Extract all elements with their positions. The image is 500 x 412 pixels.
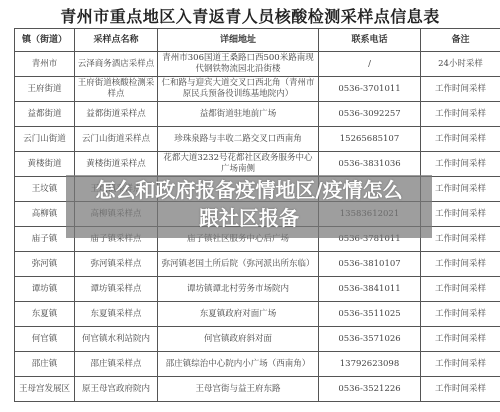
cell-site: 何官镇水利站院内 (75, 327, 158, 352)
cell-note: 工作时间采样 (421, 302, 500, 327)
cell-note: 工作时间采样 (421, 102, 500, 127)
cell-town: 邵庄镇 (15, 352, 75, 377)
header-town: 镇（街道） (15, 29, 75, 52)
cell-town: 青州市 (15, 52, 75, 77)
cell-phone: 0536-3701011 (319, 77, 421, 102)
cell-note: 工作时间采样 (421, 202, 500, 227)
cell-phone: 0536-3521226 (319, 377, 421, 402)
cell-site: 东夏镇采样点 (75, 302, 158, 327)
cell-site: 弥河镇采样点 (75, 252, 158, 277)
cell-site: 云门山街道采样点 (75, 127, 158, 152)
table-row: 何官镇何官镇水利站院内何官镇政府斜对面0536-3571026工作时间采样 (15, 327, 500, 352)
cell-note: 工作时间采样 (421, 152, 500, 177)
caption-line-1: 怎么和政府报备疫情地区/疫情怎么 (66, 176, 432, 204)
cell-address: 益都街道驻地前广场 (158, 102, 319, 127)
caption-line-2: 跟社区报备 (66, 204, 432, 232)
cell-address: 王母宫街与益王府东路 (158, 377, 319, 402)
cell-note: 24小时采样 (421, 52, 500, 77)
cell-address: 珍珠泉路与丰收二路交叉口西南角 (158, 127, 319, 152)
table-header-row: 镇（街道） 采样点名称 详细地址 联系电话 备注 (15, 29, 500, 52)
cell-phone: 0536-3831036 (319, 152, 421, 177)
table-row: 邵庄镇邵庄镇采样点邵庄镇综治中心院内小广场（西南角）13792623098工作时… (15, 352, 500, 377)
cell-site: 王府街道核酸检测采样点 (75, 77, 158, 102)
cell-town: 黄楼街道 (15, 152, 75, 177)
cell-site: 黄楼街道采样点 (75, 152, 158, 177)
cell-note: 工作时间采样 (421, 77, 500, 102)
cell-address: 仁和路与迎宾大道交叉口西北角（青州市原民兵预备役训练基地院内） (158, 77, 319, 102)
cell-phone: / (319, 52, 421, 77)
cell-address: 青州市306国道王桑路口西500米路南现代钢铁物流园北沿街楼 (158, 52, 319, 77)
cell-town: 弥河镇 (15, 252, 75, 277)
cell-phone: 0536-3841011 (319, 277, 421, 302)
table-row: 黄楼街道黄楼街道采样点花都大道3232号花都社区政务服务中心广场南侧0536-3… (15, 152, 500, 177)
document-title: 青州市重点地区入青返青人员核酸检测采样点信息表 (0, 4, 500, 27)
table-row: 王母宫发展区原王母宫政府院内王母宫街与益王府东路0536-3521226工作时间… (15, 377, 500, 402)
cell-site: 益都街道采样点 (75, 102, 158, 127)
cell-phone: 0536-3092257 (319, 102, 421, 127)
header-site: 采样点名称 (75, 29, 158, 52)
header-address: 详细地址 (158, 29, 319, 52)
cell-phone: 13792623098 (319, 352, 421, 377)
table-row: 王府街道王府街道核酸检测采样点仁和路与迎宾大道交叉口西北角（青州市原民兵预备役训… (15, 77, 500, 102)
table-row: 谭坊镇谭坊镇采样点谭坊镇谭北村劳务市场院内0536-3841011工作时间采样 (15, 277, 500, 302)
table-row: 云门山街道云门山街道采样点珍珠泉路与丰收二路交叉口西南角15265685107工… (15, 127, 500, 152)
cell-town: 云门山街道 (15, 127, 75, 152)
cell-phone: 0536-3810107 (319, 252, 421, 277)
cell-address: 谭坊镇谭北村劳务市场院内 (158, 277, 319, 302)
cell-site: 谭坊镇采样点 (75, 277, 158, 302)
cell-town: 王母宫发展区 (15, 377, 75, 402)
cell-town: 益都街道 (15, 102, 75, 127)
cell-site: 原王母宫政府院内 (75, 377, 158, 402)
cell-address: 花都大道3232号花都社区政务服务中心广场南侧 (158, 152, 319, 177)
table-row: 弥河镇弥河镇采样点弥河镇老国土所后院（弥河派出所东临）0536-3810107工… (15, 252, 500, 277)
cell-note: 工作时间采样 (421, 352, 500, 377)
cell-phone: 15265685107 (319, 127, 421, 152)
table-row: 东夏镇东夏镇采样点东夏镇政府对面广场0536-3511025工作时间采样 (15, 302, 500, 327)
cell-site: 云泽商务酒店采样点 (75, 52, 158, 77)
header-phone: 联系电话 (319, 29, 421, 52)
cell-note: 工作时间采样 (421, 377, 500, 402)
cell-address: 何官镇政府斜对面 (158, 327, 319, 352)
cell-note: 工作时间采样 (421, 177, 500, 202)
cell-address: 东夏镇政府对面广场 (158, 302, 319, 327)
cell-phone: 0536-3511025 (319, 302, 421, 327)
cell-site: 邵庄镇采样点 (75, 352, 158, 377)
cell-address: 邵庄镇综治中心院内小广场（西南角） (158, 352, 319, 377)
cell-note: 工作时间采样 (421, 277, 500, 302)
cell-town: 王府街道 (15, 77, 75, 102)
cell-note: 工作时间采样 (421, 227, 500, 252)
cell-phone: 0536-3571026 (319, 327, 421, 352)
cell-note: 工作时间采样 (421, 127, 500, 152)
cell-town: 何官镇 (15, 327, 75, 352)
cell-note: 工作时间采样 (421, 252, 500, 277)
caption-overlay: 怎么和政府报备疫情地区/疫情怎么 跟社区报备 (66, 176, 432, 232)
header-note: 备注 (421, 29, 500, 52)
cell-town: 谭坊镇 (15, 277, 75, 302)
cell-address: 弥河镇老国土所后院（弥河派出所东临） (158, 252, 319, 277)
cell-note: 工作时间采样 (421, 327, 500, 352)
table-row: 青州市云泽商务酒店采样点青州市306国道王桑路口西500米路南现代钢铁物流园北沿… (15, 52, 500, 77)
table-row: 益都街道益都街道采样点益都街道驻地前广场0536-3092257工作时间采样 (15, 102, 500, 127)
cell-town: 东夏镇 (15, 302, 75, 327)
